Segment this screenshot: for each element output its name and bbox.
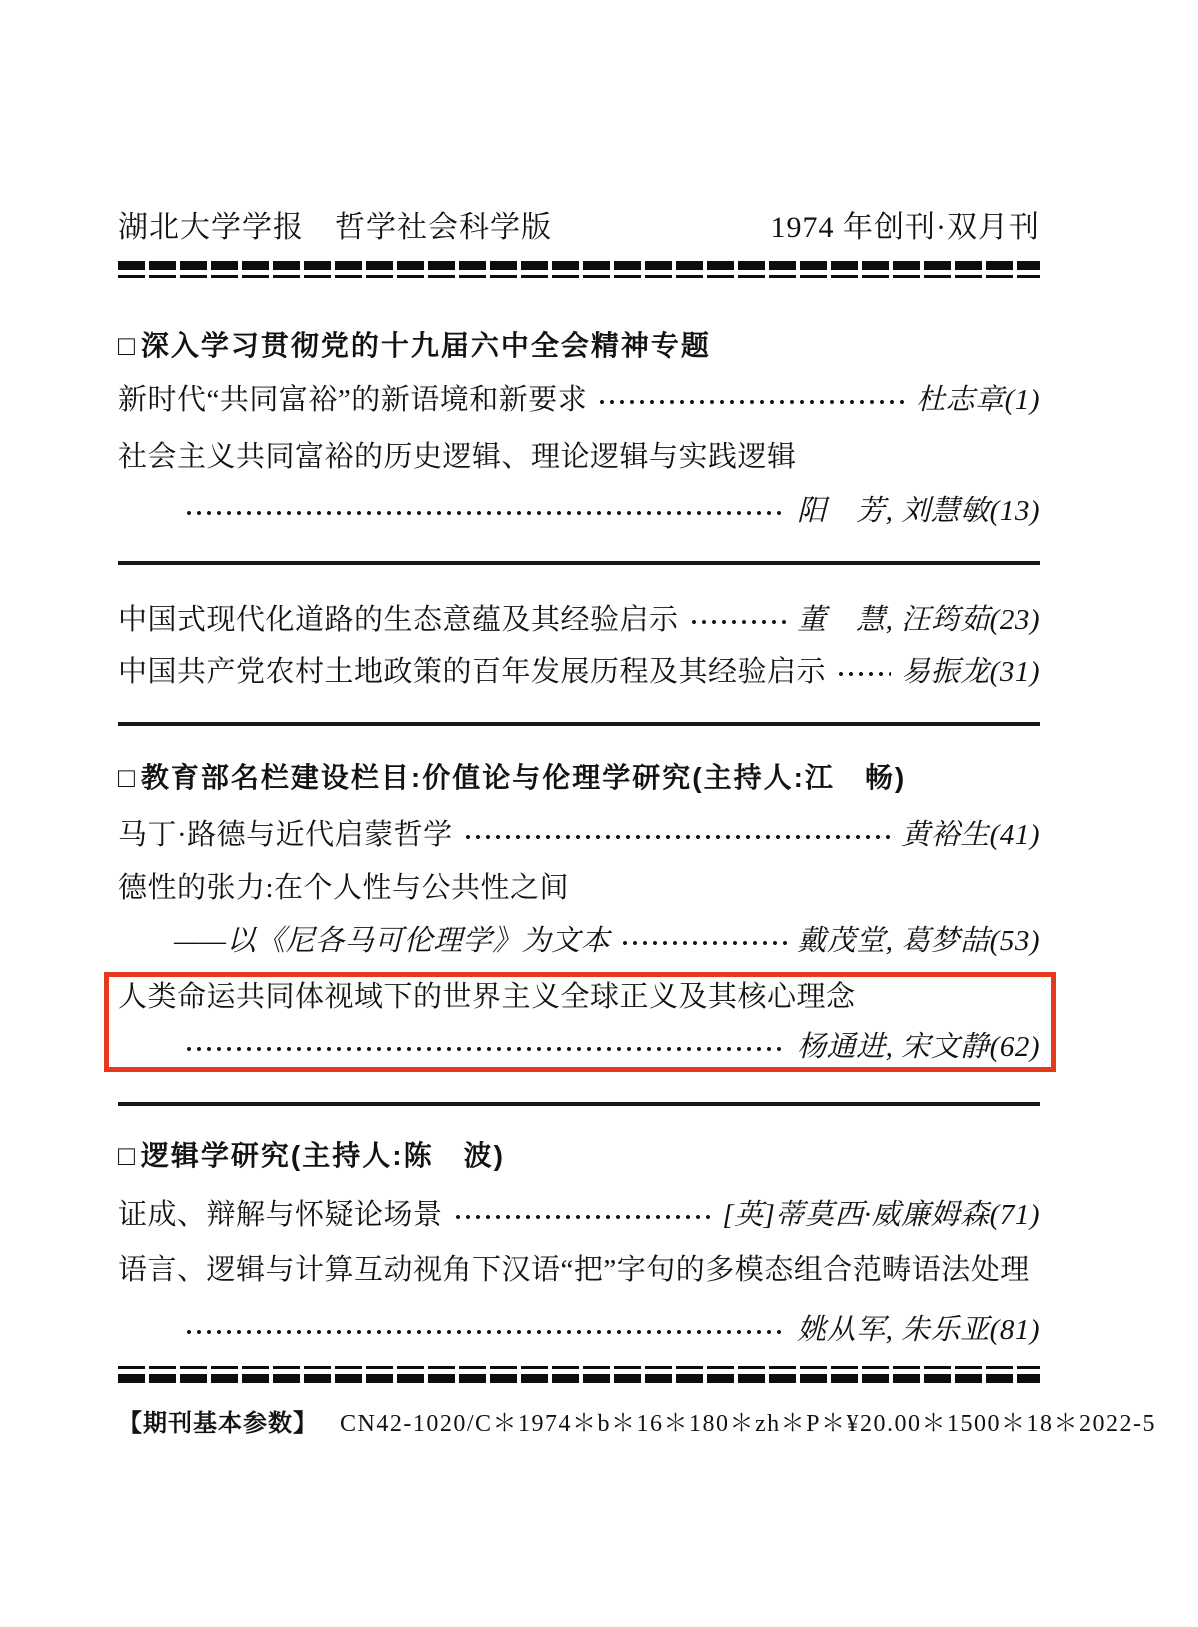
toc-entry: 新时代“共同富裕”的新语境和新要求 杜志章(1) — [118, 380, 1040, 420]
toc-entry: 语言、逻辑与计算互动视角下汉语“把”字句的多模态组合范畴语法处理 — [118, 1250, 1040, 1290]
section-bullet-icon: □ — [118, 326, 137, 366]
toc-entry-authors: 杜志章(1) — [916, 380, 1040, 420]
masthead: 湖北大学学报 哲学社会科学版 1974 年创刊·双月刊 — [118, 208, 1040, 248]
toc-entry-continuation: ——以《尼各马可伦理学》为文本 戴茂堂, 葛梦喆(53) — [118, 921, 1040, 961]
toc-entry-authors: 易振龙(31) — [901, 652, 1040, 692]
dot-leader — [184, 491, 787, 531]
toc-entry-title: 中国共产党农村土地政策的百年发展历程及其经验启示 — [118, 652, 826, 692]
footer-rule-thick — [118, 1374, 1040, 1383]
section-heading-label: 逻辑学研究(主持人:陈 波) — [141, 1136, 505, 1176]
dot-leader — [689, 600, 788, 640]
dot-leader — [620, 921, 787, 961]
toc-entry-authors: 杨通进, 宋文静(62) — [797, 1027, 1040, 1067]
dot-leader — [184, 1310, 787, 1350]
header-rule-thick — [118, 261, 1040, 270]
toc-entry: 社会主义共同富裕的历史逻辑、理论逻辑与实践逻辑 — [118, 437, 1040, 477]
dot-leader — [184, 1027, 787, 1067]
toc-entry-authors: 戴茂堂, 葛梦喆(53) — [797, 921, 1040, 961]
toc-entry-title: 社会主义共同富裕的历史逻辑、理论逻辑与实践逻辑 — [118, 437, 797, 477]
journal-parameters: 【期刊基本参数】 CN42-1020/C＊1974＊b＊16＊180＊zh＊P＊… — [118, 1400, 1040, 1440]
toc-entry-continuation: 阳 芳, 刘慧敏(13) — [118, 491, 1040, 531]
section-heading-label: 教育部名栏建设栏目:价值论与伦理学研究(主持人:江 畅) — [141, 758, 906, 798]
divider-rule — [118, 722, 1040, 726]
toc-entry-title: 语言、逻辑与计算互动视角下汉语“把”字句的多模态组合范畴语法处理 — [118, 1250, 1030, 1290]
toc-entry-authors: 阳 芳, 刘慧敏(13) — [797, 491, 1040, 531]
toc-entry-title: 人类命运共同体视域下的世界主义全球正义及其核心理念 — [118, 977, 856, 1017]
dot-leader — [463, 815, 892, 855]
header-rule-thin — [118, 275, 1040, 278]
section-heading-2: □ 教育部名栏建设栏目:价值论与伦理学研究(主持人:江 畅) — [118, 758, 1040, 798]
toc-entry-subtitle: ——以《尼各马可伦理学》为文本 — [174, 921, 610, 961]
toc-entry: 中国式现代化道路的生态意蕴及其经验启示 董 慧, 汪筠茹(23) — [118, 600, 1040, 640]
divider-rule — [118, 1102, 1040, 1106]
toc-entry-authors: [英]蒂莫西·威廉姆森(71) — [722, 1195, 1040, 1235]
journal-parameters-label: 【期刊基本参数】 — [118, 1403, 318, 1438]
toc-entry: 马丁·路德与近代启蒙哲学 黄裕生(41) — [118, 815, 1040, 855]
toc-entry-authors: 姚从军, 朱乐亚(81) — [797, 1310, 1040, 1350]
toc-entry-authors: 董 慧, 汪筠茹(23) — [797, 600, 1040, 640]
toc-entry-continuation: 杨通进, 宋文静(62) — [118, 1027, 1040, 1067]
toc-entry-title: 德性的张力:在个人性与公共性之间 — [118, 868, 569, 908]
dot-leader — [597, 380, 906, 420]
toc-entry: 中国共产党农村土地政策的百年发展历程及其经验启示 易振龙(31) — [118, 652, 1040, 692]
footer-rule-thin — [118, 1366, 1040, 1369]
toc-entry: 证成、辩解与怀疑论场景 [英]蒂莫西·威廉姆森(71) — [118, 1195, 1040, 1235]
dot-leader — [836, 652, 891, 692]
section-heading-3: □ 逻辑学研究(主持人:陈 波) — [118, 1136, 1040, 1176]
section-heading-1: □ 深入学习贯彻党的十九届六中全会精神专题 — [118, 326, 1040, 366]
section-bullet-icon: □ — [118, 758, 137, 798]
toc-entry: 德性的张力:在个人性与公共性之间 — [118, 868, 1040, 908]
section-bullet-icon: □ — [118, 1136, 137, 1176]
toc-entry-title: 中国式现代化道路的生态意蕴及其经验启示 — [118, 600, 679, 640]
divider-rule — [118, 561, 1040, 565]
section-heading-label: 深入学习贯彻党的十九届六中全会精神专题 — [141, 326, 711, 366]
toc-entry-title: 马丁·路德与近代启蒙哲学 — [118, 815, 453, 855]
dot-leader — [453, 1195, 713, 1235]
toc-entry-authors: 黄裕生(41) — [901, 815, 1040, 855]
toc-entry-title: 证成、辩解与怀疑论场景 — [118, 1195, 443, 1235]
founding-info: 1974 年创刊·双月刊 — [771, 208, 1041, 248]
journal-parameters-value: CN42-1020/C＊1974＊b＊16＊180＊zh＊P＊¥20.00＊15… — [340, 1403, 1156, 1438]
toc-entry-title: 新时代“共同富裕”的新语境和新要求 — [118, 380, 587, 420]
toc-entry-continuation: 姚从军, 朱乐亚(81) — [118, 1310, 1040, 1350]
toc-entry-highlighted: 人类命运共同体视域下的世界主义全球正义及其核心理念 — [118, 977, 1040, 1017]
journal-title: 湖北大学学报 哲学社会科学版 — [118, 208, 552, 248]
